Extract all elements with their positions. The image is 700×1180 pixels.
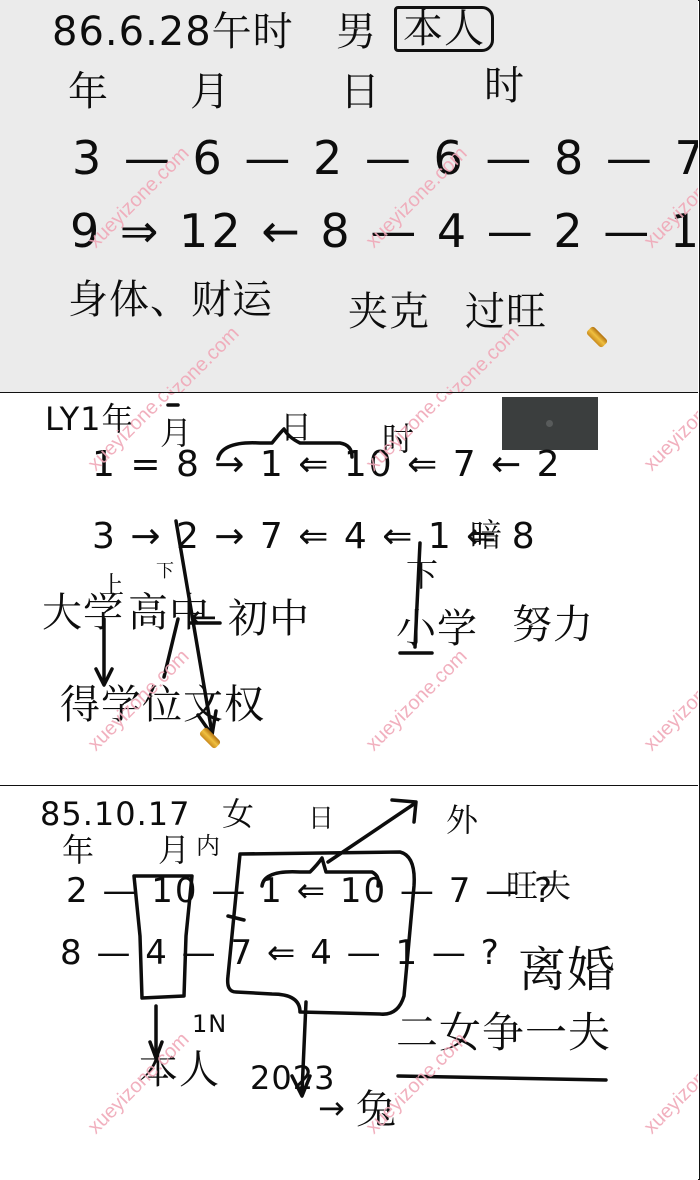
- pillar-label-month: 月: [190, 72, 231, 112]
- bottom-note: 得学位文权: [60, 685, 265, 725]
- number-row-1: 1 = 8 → 1 ⇐ 10 ⇐ 7 ← 2: [92, 447, 562, 483]
- whiteboard-panel-1: 86.6.28午时 男 本人 年 月 日 时 3 — 6 — 2 — 6 — 8…: [0, 0, 698, 393]
- pillar-label-hour: 时: [484, 66, 525, 106]
- note-prosper-husband: 旺夫: [506, 870, 572, 902]
- note-two-women-one-husband: 二女争一夫: [396, 1012, 611, 1054]
- number-row-1: 3 — 6 — 2 — 6 — 8 — 7: [72, 135, 698, 181]
- effort-label: 努力: [512, 605, 594, 645]
- note-excessive: 过旺: [465, 292, 547, 332]
- stage-middle-school: 初中: [228, 599, 310, 639]
- arrow-left-glyph: ←: [190, 601, 218, 633]
- down-label-right: 下: [406, 559, 439, 591]
- stage-primary-school: 小学: [396, 609, 478, 649]
- watermark: xueyizone.com: [134, 322, 245, 393]
- stage-university: 大学: [42, 593, 124, 633]
- zodiac-label: 兔: [356, 1090, 397, 1130]
- arrow-right-glyph: →: [318, 1092, 346, 1124]
- number-row-1: 2 — 10 — 1 ⇐ 10 — 7 — ?: [66, 874, 554, 908]
- birth-date-header: 86.6.28午时: [52, 12, 294, 52]
- subject-boxed-label: 本人: [394, 6, 494, 52]
- whiteboard-panel-2: LY1年 月 日 时 1 = 8 → 1 ⇐ 10 ⇐ 7 ← 2 3 → 2 …: [0, 393, 698, 786]
- down-label-left: 下: [156, 563, 175, 581]
- pillar-label-year: 年: [68, 72, 109, 112]
- pillar-label-day: 日: [340, 72, 381, 112]
- note-divorce: 离婚: [518, 946, 616, 994]
- number-row-2: 8 — 4 — 7 ⇐ 4 — 1 — ?: [60, 936, 501, 970]
- small-mark: 1N: [192, 1012, 227, 1036]
- pencil-cursor-icon: [586, 326, 609, 349]
- note-health-wealth: 身体、财运: [68, 280, 273, 320]
- dark-label: 暗: [470, 519, 503, 551]
- gender-label: 男: [336, 12, 377, 52]
- self-label: 本人: [138, 1050, 220, 1090]
- number-row-2: 9 ⇒ 12 ← 8 — 4 — 2 — 1: [70, 208, 698, 254]
- whiteboard-panel-3: 85.10.17 女 日 外 年 月 内 2 — 10 — 1 ⇐ 10 — 7…: [0, 786, 698, 1180]
- note-jacket: 夹克: [348, 292, 430, 332]
